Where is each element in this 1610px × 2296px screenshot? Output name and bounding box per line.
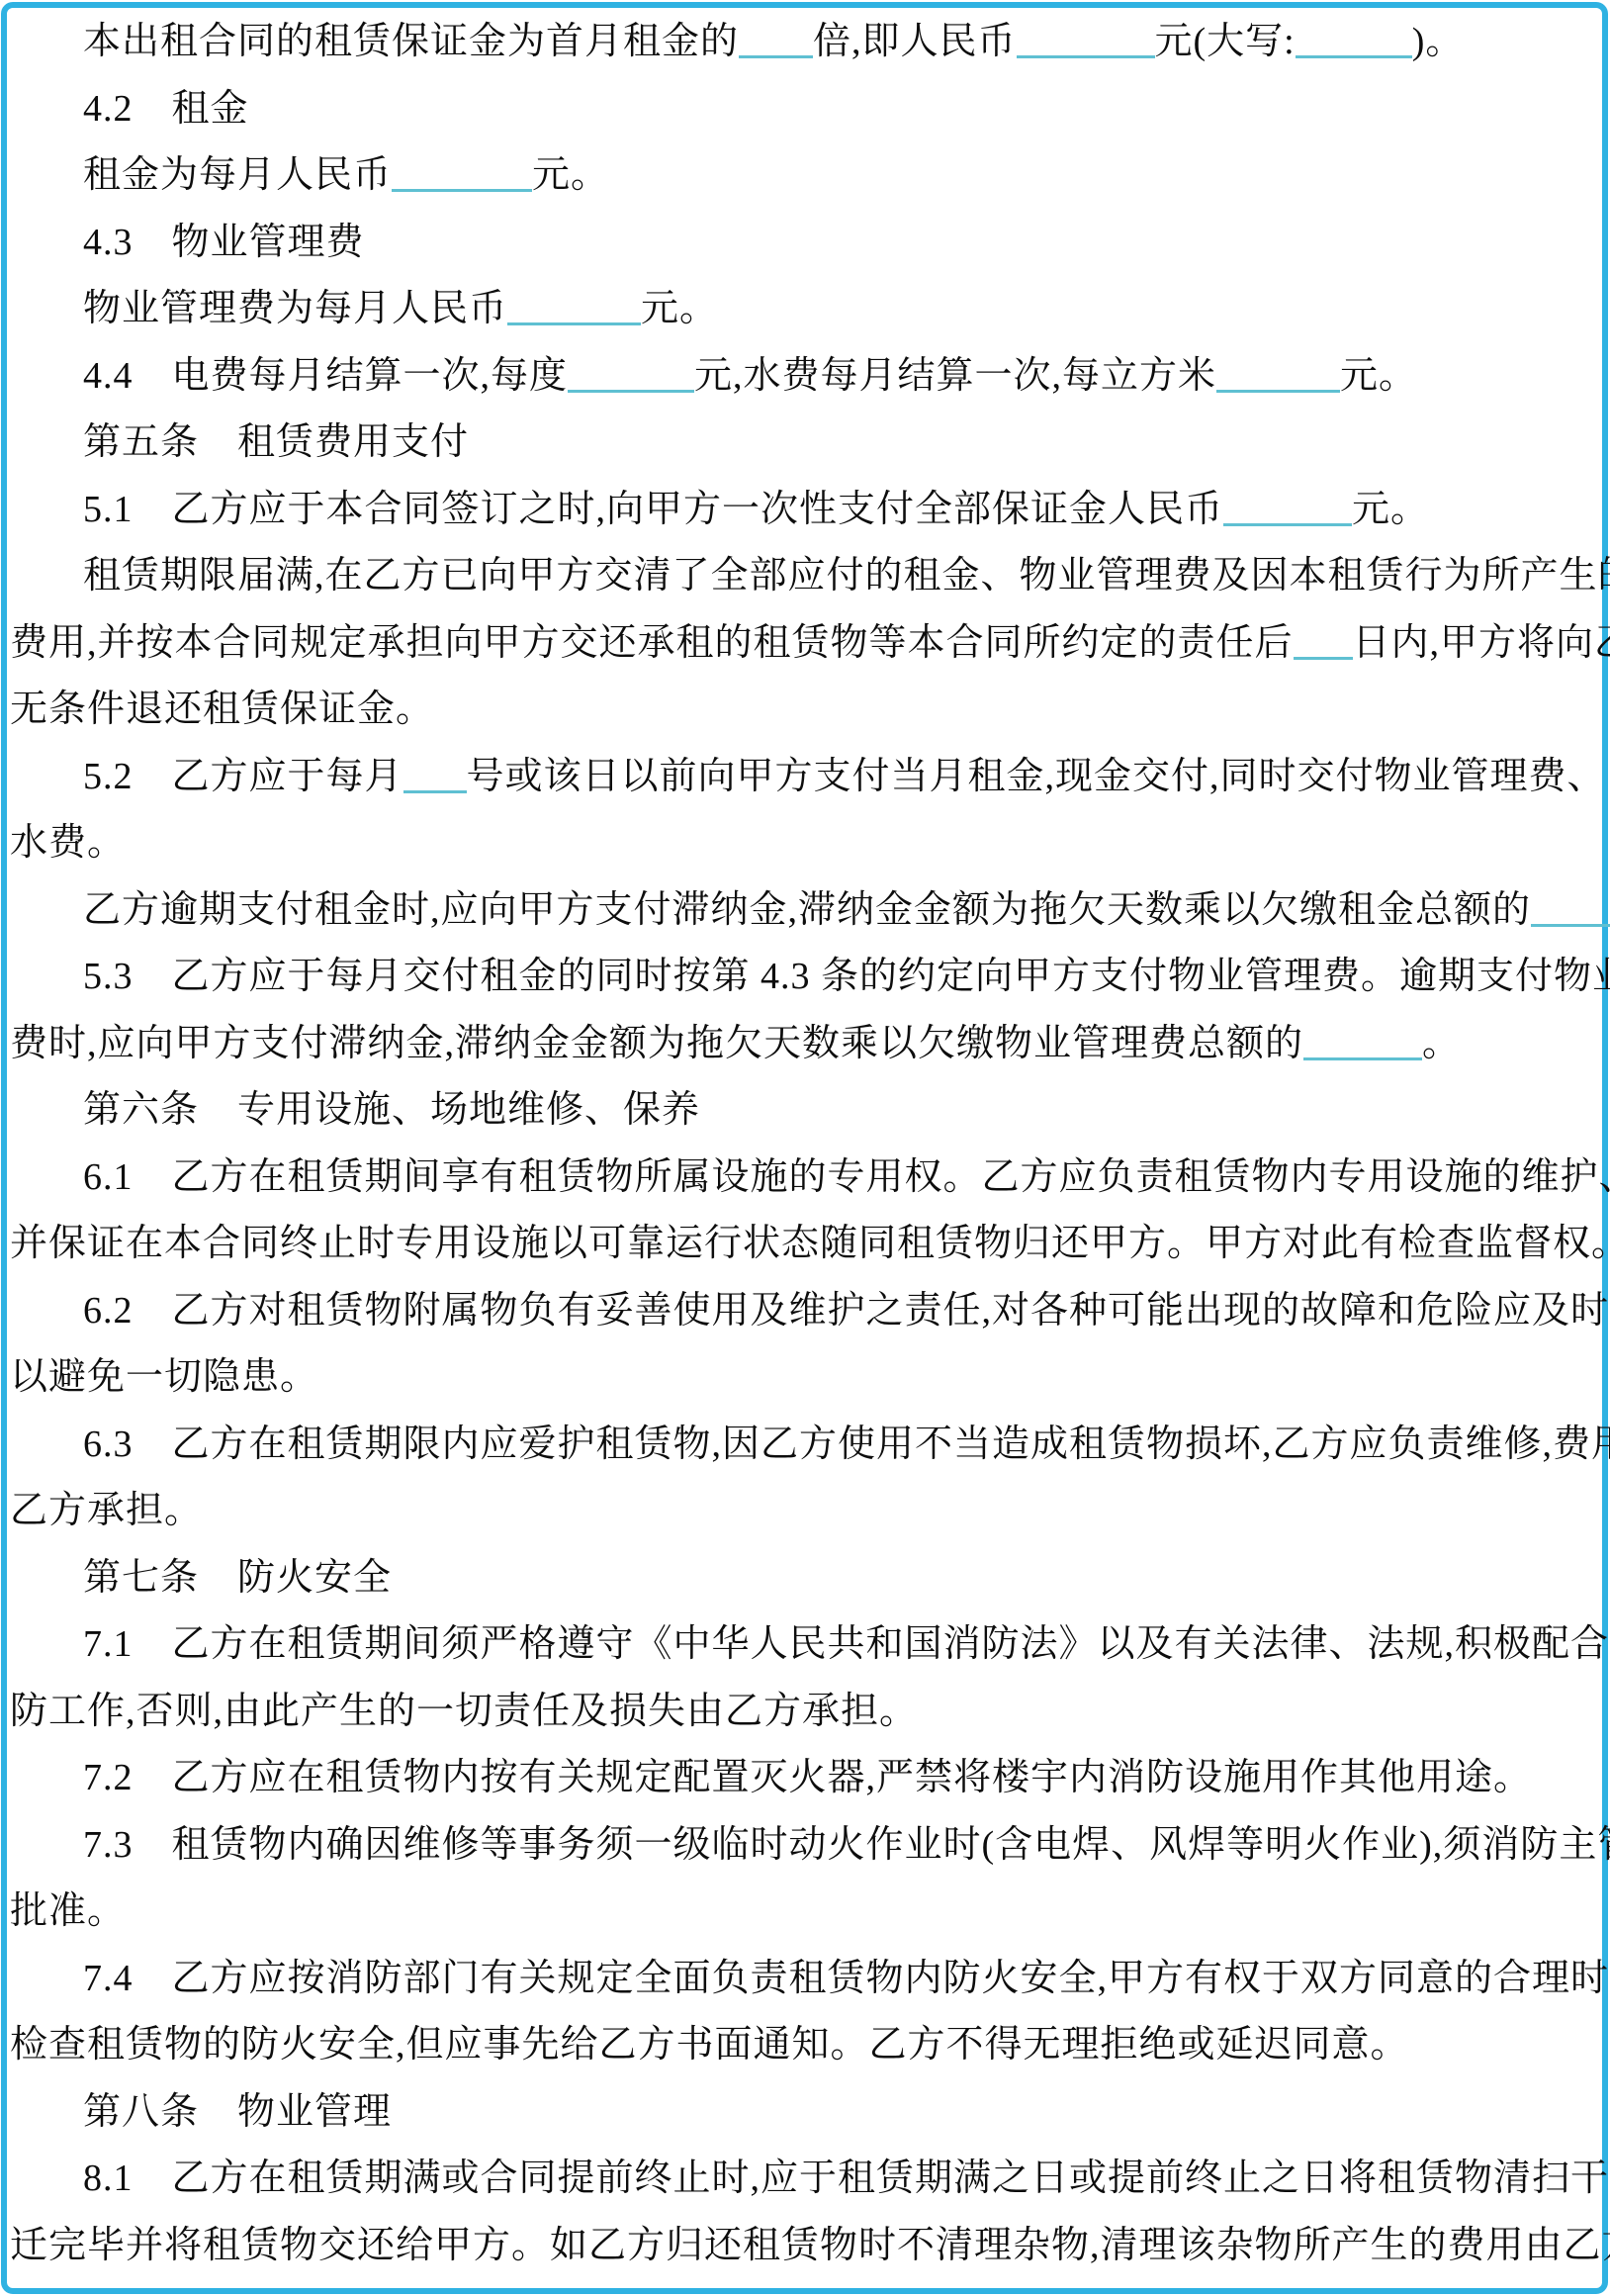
blank-field[interactable] <box>1303 1028 1422 1060</box>
contract-line: 5.1 乙方应于本合同签订之时,向甲方一次性支付全部保证金人民币元。 <box>10 477 1598 544</box>
text-run: 4.3 物业管理费 <box>83 222 365 263</box>
contract-line: 乙方承担。 <box>10 1478 1598 1545</box>
text-run: 第八条 物业管理 <box>83 2091 392 2133</box>
contract-line: 第八条 物业管理 <box>10 2079 1598 2147</box>
text-run: )。 <box>1412 21 1465 62</box>
text-run: 5.1 乙方应于本合同签订之时,向甲方一次性支付全部保证金人民币 <box>83 489 1223 530</box>
contract-line: 第五条 租赁费用支付 <box>10 410 1598 477</box>
text-run: 租金为每月人民币 <box>83 154 392 196</box>
blank-field[interactable] <box>1223 494 1352 526</box>
contract-line: 物业管理费为每月人民币元。 <box>10 276 1598 343</box>
contract-line: 批准。 <box>10 1879 1598 1946</box>
blank-field[interactable] <box>1531 894 1610 927</box>
text-run: 元,水费每月结算一次,每立方米 <box>694 355 1216 397</box>
text-run: 倍,即人民币 <box>813 21 1017 62</box>
text-run: 第六条 专用设施、场地维修、保养 <box>83 1089 700 1131</box>
text-run: 检查租赁物的防火安全,但应事先给乙方书面通知。乙方不得无理拒绝或延迟同意。 <box>10 2024 1409 2066</box>
blank-field[interactable] <box>568 360 694 393</box>
contract-line: 7.4 乙方应按消防部门有关规定全面负责租赁物内防火安全,甲方有权于双方同意的合… <box>10 1946 1598 2013</box>
text-run: 元。 <box>1340 355 1417 397</box>
contract-line: 4.3 物业管理费 <box>10 210 1598 277</box>
contract-line: 第六条 专用设施、场地维修、保养 <box>10 1077 1598 1145</box>
text-run: 防工作,否则,由此产生的一切责任及损失由乙方承担。 <box>10 1691 918 1732</box>
text-run: 5.3 乙方应于每月交付租金的同时按第 4.3 条的约定向甲方支付物业管理费。逾… <box>83 956 1610 997</box>
contract-line: 5.2 乙方应于每月号或该日以前向甲方支付当月租金,现金交付,同时交付物业管理费… <box>10 744 1598 811</box>
blank-field[interactable] <box>507 293 641 325</box>
contract-line: 6.3 乙方在租赁期限内应爱护租赁物,因乙方使用不当造成租赁物损坏,乙方应负责维… <box>10 1412 1598 1479</box>
contract-line: 6.1 乙方在租赁期间享有租赁物所属设施的专用权。乙方应负责租赁物内专用设施的维… <box>10 1145 1598 1212</box>
text-run: 第五条 租赁费用支付 <box>83 421 469 463</box>
blank-field[interactable] <box>1216 360 1340 393</box>
blank-field[interactable] <box>1296 26 1412 58</box>
contract-line: 费时,应向甲方支付滞纳金,滞纳金金额为拖欠天数乘以欠缴物业管理费总额的。 <box>10 1011 1598 1078</box>
text-run: 号或该日以前向甲方支付当月租金,现金交付,同时交付物业管理费、电费、 <box>467 756 1610 797</box>
contract-line: 水费。 <box>10 810 1598 877</box>
text-run: 租赁期限届满,在乙方已向甲方交清了全部应付的租金、物业管理费及因本租赁行为所产生… <box>83 555 1610 597</box>
blank-field[interactable] <box>403 761 467 793</box>
text-run: 日内,甲方将向乙方 <box>1353 622 1610 664</box>
contract-line: 费用,并按本合同规定承担向甲方交还承租的租赁物等本合同所约定的责任后日内,甲方将… <box>10 610 1598 678</box>
text-run: 7.4 乙方应按消防部门有关规定全面负责租赁物内防火安全,甲方有权于双方同意的合… <box>83 1958 1610 1999</box>
contract-line: 无条件退还租赁保证金。 <box>10 677 1598 744</box>
blank-field[interactable] <box>1294 627 1353 660</box>
blank-field[interactable] <box>392 159 532 192</box>
contract-line: 租赁期限届满,在乙方已向甲方交清了全部应付的租金、物业管理费及因本租赁行为所产生… <box>10 543 1598 610</box>
contract-line: 7.3 租赁物内确因维修等事务须一级临时动火作业时(含电焊、风焊等明火作业),须… <box>10 1812 1598 1880</box>
text-run: 乙方逾期支付租金时,应向甲方支付滞纳金,滞纳金金额为拖欠天数乘以欠缴租金总额的 <box>83 889 1531 931</box>
text-run: 5.2 乙方应于每月 <box>83 756 403 797</box>
text-run: 4.4 电费每月结算一次,每度 <box>83 355 568 397</box>
text-run: 物业管理费为每月人民币 <box>83 288 507 329</box>
contract-line: 迁完毕并将租赁物交还给甲方。如乙方归还租赁物时不清理杂物,清理该杂物所产生的费用… <box>10 2213 1598 2280</box>
text-run: 水费。 <box>10 822 126 864</box>
text-run: 本出租合同的租赁保证金为首月租金的 <box>83 21 739 62</box>
text-run: 7.1 乙方在租赁期间须严格遵守《中华人民共和国消防法》以及有关法律、法规,积极… <box>83 1623 1610 1665</box>
text-run: 8.1 乙方在租赁期满或合同提前终止时,应于租赁期满之日或提前终止之日将租赁物清… <box>83 2158 1610 2199</box>
text-run: 元。 <box>1352 489 1429 530</box>
blank-field[interactable] <box>739 26 813 58</box>
contract-line: 5.3 乙方应于每月交付租金的同时按第 4.3 条的约定向甲方支付物业管理费。逾… <box>10 944 1598 1011</box>
contract-line: 7.2 乙方应在租赁物内按有关规定配置灭火器,严禁将楼宇内消防设施用作其他用途。 <box>10 1745 1598 1812</box>
contract-line: 7.1 乙方在租赁期间须严格遵守《中华人民共和国消防法》以及有关法律、法规,积极… <box>10 1611 1598 1679</box>
text-run: 6.3 乙方在租赁期限内应爱护租赁物,因乙方使用不当造成租赁物损坏,乙方应负责维… <box>83 1424 1610 1465</box>
contract-line: 以避免一切隐患。 <box>10 1344 1598 1412</box>
contract-line: 第七条 防火安全 <box>10 1545 1598 1612</box>
text-run: 并保证在本合同终止时专用设施以可靠运行状态随同租赁物归还甲方。甲方对此有检查监督… <box>10 1223 1610 1264</box>
text-run: 7.2 乙方应在租赁物内按有关规定配置灭火器,严禁将楼宇内消防设施用作其他用途。 <box>83 1757 1532 1798</box>
blank-field[interactable] <box>1017 26 1155 58</box>
text-run: 7.3 租赁物内确因维修等事务须一级临时动火作业时(含电焊、风焊等明火作业),须… <box>83 1824 1610 1866</box>
text-run: 元。 <box>641 288 718 329</box>
text-run: 以避免一切隐患。 <box>10 1356 318 1398</box>
text-run: 元。 <box>532 154 609 196</box>
contract-line: 并保证在本合同终止时专用设施以可靠运行状态随同租赁物归还甲方。甲方对此有检查监督… <box>10 1211 1598 1278</box>
text-run: 费用,并按本合同规定承担向甲方交还承租的租赁物等本合同所约定的责任后 <box>10 622 1294 664</box>
contract-line: 租金为每月人民币元。 <box>10 142 1598 210</box>
text-run: 第七条 防火安全 <box>83 1557 392 1599</box>
text-run: 批准。 <box>10 1890 126 1932</box>
contract-line: 本出租合同的租赁保证金为首月租金的倍,即人民币元(大写:)。 <box>10 9 1598 76</box>
contract-line: 4.2 租金 <box>10 76 1598 143</box>
text-run: 6.1 乙方在租赁期间享有租赁物所属设施的专用权。乙方应负责租赁物内专用设施的维… <box>83 1156 1610 1198</box>
text-run: 迁完毕并将租赁物交还给甲方。如乙方归还租赁物时不清理杂物,清理该杂物所产生的费用… <box>10 2225 1610 2266</box>
text-run: 。 <box>1422 1023 1461 1064</box>
text-run: 费时,应向甲方支付滞纳金,滞纳金金额为拖欠天数乘以欠缴物业管理费总额的 <box>10 1023 1303 1064</box>
text-run: 乙方承担。 <box>10 1490 203 1531</box>
contract-line: 8.1 乙方在租赁期满或合同提前终止时,应于租赁期满之日或提前终止之日将租赁物清… <box>10 2146 1598 2213</box>
text-run: 元(大写: <box>1155 21 1296 62</box>
text-run: 无条件退还租赁保证金。 <box>10 689 434 730</box>
text-run: 6.2 乙方对租赁物附属物负有妥善使用及维护之责任,对各种可能出现的故障和危险应… <box>83 1290 1610 1332</box>
contract-line: 乙方逾期支付租金时,应向甲方支付滞纳金,滞纳金金额为拖欠天数乘以欠缴租金总额的。 <box>10 877 1598 945</box>
contract-line: 4.4 电费每月结算一次,每度元,水费每月结算一次,每立方米元。 <box>10 343 1598 411</box>
text-run: 4.2 租金 <box>83 88 249 130</box>
contract-line: 防工作,否则,由此产生的一切责任及损失由乙方承担。 <box>10 1679 1598 1746</box>
contract-line: 检查租赁物的防火安全,但应事先给乙方书面通知。乙方不得无理拒绝或延迟同意。 <box>10 2012 1598 2079</box>
contract-line: 6.2 乙方对租赁物附属物负有妥善使用及维护之责任,对各种可能出现的故障和危险应… <box>10 1278 1598 1345</box>
contract-text-body: 本出租合同的租赁保证金为首月租金的倍,即人民币元(大写:)。4.2 租金租金为每… <box>10 9 1598 2279</box>
